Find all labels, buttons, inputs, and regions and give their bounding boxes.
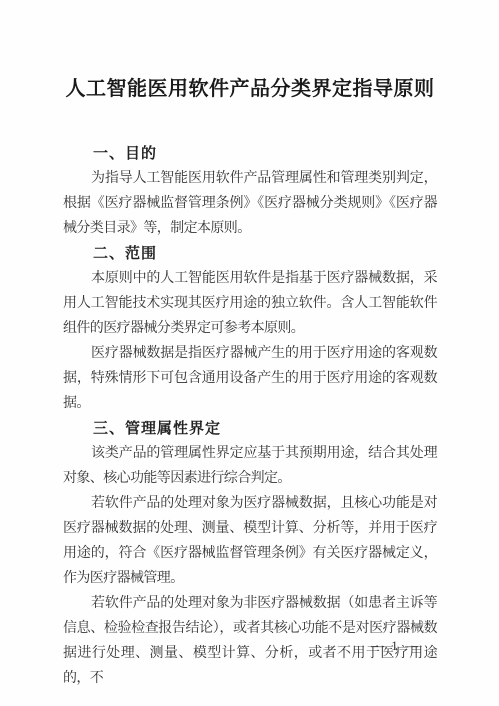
section-heading-purpose: 一、目的: [63, 141, 437, 166]
paragraph: 本原则中的人工智能医用软件是指基于医疗器械数据，采用人工智能技术实现其医疗用途的…: [63, 266, 437, 341]
page-number: — 1 —: [371, 638, 420, 654]
paragraph: 若软件产品的处理对象为医疗器械数据，且核心功能是对医疗器械数据的处理、测量、模型…: [63, 491, 437, 591]
paragraph: 该类产品的管理属性界定应基于其预期用途，结合其处理对象、核心功能等因素进行综合判…: [63, 441, 437, 491]
section-heading-attribute-determination: 三、管理属性界定: [63, 416, 437, 441]
section-purpose: 一、目的 为指导人工智能医用软件产品管理属性和管理类别判定，根据《医疗器械监督管…: [63, 141, 437, 241]
section-heading-scope: 二、范围: [63, 241, 437, 266]
document-page: 人工智能医用软件产品分类界定指导原则 一、目的 为指导人工智能医用软件产品管理属…: [0, 0, 499, 706]
paragraph: 医疗器械数据是指医疗器械产生的用于医疗用途的客观数据，特殊情形下可包含通用设备产…: [63, 341, 437, 416]
document-title: 人工智能医用软件产品分类界定指导原则: [63, 76, 437, 103]
paragraph: 为指导人工智能医用软件产品管理属性和管理类别判定，根据《医疗器械监督管理条例》《…: [63, 166, 437, 241]
section-scope: 二、范围 本原则中的人工智能医用软件是指基于医疗器械数据，采用人工智能技术实现其…: [63, 241, 437, 416]
